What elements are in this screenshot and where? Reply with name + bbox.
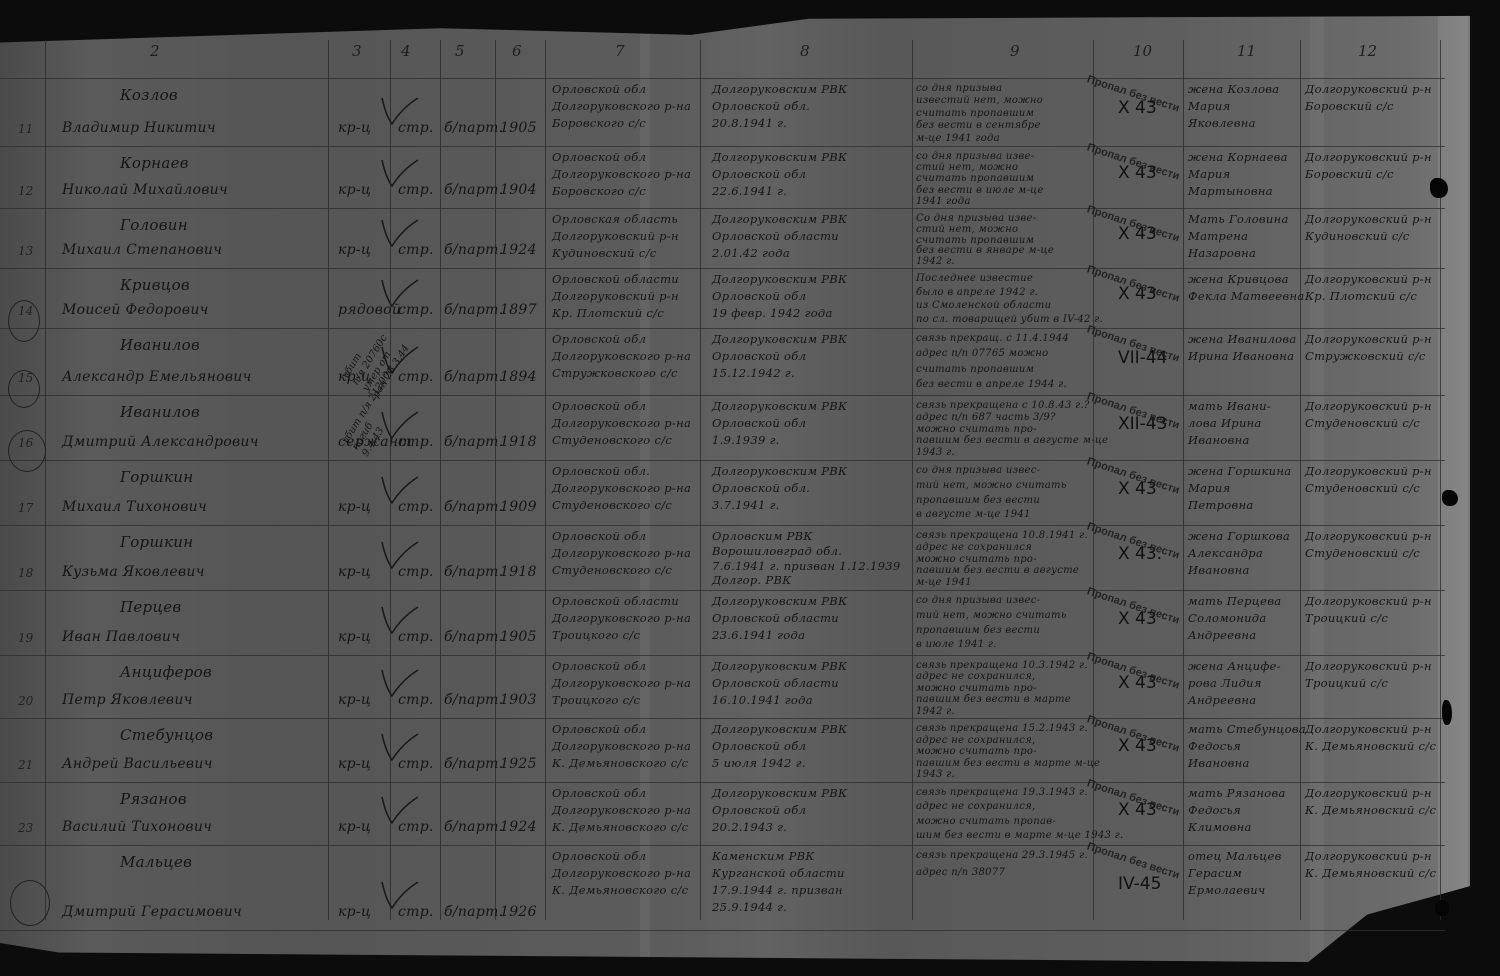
draft-office-line: Долгоруковским РВК bbox=[712, 332, 847, 347]
circumstances-line: считать пропавшим bbox=[916, 363, 1034, 376]
soldier-given-name: Иван Павлович bbox=[62, 629, 180, 645]
party-membership: б/парт. bbox=[444, 499, 503, 515]
birth-year: 1909 bbox=[500, 499, 537, 515]
birthplace-line: Долгоруковский р-н bbox=[552, 289, 679, 304]
draft-office-line: 25.9.1944 г. bbox=[712, 900, 787, 915]
birth-year: 1918 bbox=[500, 564, 537, 580]
birthplace-line: Долгоруковского р-на bbox=[552, 739, 691, 754]
relative-line: мать Рязанова bbox=[1188, 786, 1286, 801]
row-number: 19 bbox=[18, 631, 33, 645]
relative-address-line: Боровский с/с bbox=[1305, 99, 1394, 114]
rank: кр-ц bbox=[338, 499, 371, 515]
column-number: 6 bbox=[512, 42, 522, 60]
soldier-given-name: Моисей Федорович bbox=[62, 302, 209, 318]
soldier-surname: Головин bbox=[120, 216, 188, 234]
soldier-surname: Перцев bbox=[120, 598, 181, 616]
circumstances-line: пропавшим без вести bbox=[916, 624, 1040, 637]
relative-line: Ермолаевич bbox=[1188, 883, 1265, 898]
relative-line: Александра bbox=[1188, 546, 1263, 561]
birthplace-line: Орловской обл. bbox=[552, 464, 650, 479]
circumstances-line: тий нет, можно считать bbox=[916, 609, 1067, 622]
soldier-given-name: Петр Яковлевич bbox=[62, 692, 193, 708]
soldier-given-name: Михаил Тихонович bbox=[62, 499, 207, 515]
checkmark-icon bbox=[380, 156, 406, 182]
row-number: 18 bbox=[18, 566, 33, 580]
relative-address-line: Троицкий с/с bbox=[1305, 676, 1388, 691]
birth-year: 1905 bbox=[500, 120, 537, 136]
relative-line: отец Мальцев bbox=[1188, 849, 1282, 864]
relative-address-line: Долгоруковский р-н bbox=[1305, 529, 1432, 544]
soldier-surname: Корнаев bbox=[120, 154, 189, 172]
draft-office-line: Орловской обл bbox=[712, 739, 806, 754]
party-membership: б/парт. bbox=[444, 242, 503, 258]
circumstances-line: со дня призыва извес- bbox=[916, 464, 1040, 477]
party-membership: б/парт. bbox=[444, 302, 503, 318]
row-rule bbox=[0, 655, 1445, 656]
birthplace-line: Долгоруковского р-на bbox=[552, 611, 691, 626]
relative-address-line: Долгоруковский р-н bbox=[1305, 82, 1432, 97]
circumstances-line: 1942 г. bbox=[916, 705, 955, 718]
relative-address-line: Долгоруковский р-н bbox=[1305, 659, 1432, 674]
draft-office-line: Каменским РВК bbox=[712, 849, 815, 864]
party-membership: б/парт. bbox=[444, 120, 503, 136]
soldier-surname: Стебунцов bbox=[120, 726, 213, 744]
relative-line: Матрена bbox=[1188, 229, 1248, 244]
draft-office-line: Долгоруковским РВК bbox=[712, 212, 847, 227]
birthplace-line: Орловской обл bbox=[552, 529, 646, 544]
draft-office-line: 16.10.1941 года bbox=[712, 693, 813, 708]
soldier-surname: Горшкин bbox=[120, 468, 193, 486]
relative-line: жена Горшкова bbox=[1188, 529, 1290, 544]
checkmark-icon bbox=[380, 276, 406, 302]
column-rule bbox=[440, 40, 441, 920]
checkmark-icon bbox=[380, 538, 406, 564]
circumstances-line: связь прекращена 29.3.1945 г. bbox=[916, 849, 1088, 862]
party-membership: б/парт. bbox=[444, 369, 503, 385]
birthplace-line: Студеновского с/с bbox=[552, 498, 672, 513]
row-number: 12 bbox=[18, 184, 33, 198]
birthplace-line: Орловской обл bbox=[552, 399, 646, 414]
birth-year: 1918 bbox=[500, 434, 537, 450]
rank: кр-ц bbox=[338, 242, 371, 258]
relative-address-line: Долгоруковский р-н bbox=[1305, 212, 1432, 227]
relative-line: жена Кривцова bbox=[1188, 272, 1289, 287]
birthplace-line: Орловской области bbox=[552, 594, 679, 609]
soldier-surname: Горшкин bbox=[120, 533, 193, 551]
circumstances-line: без вести в сентябре bbox=[916, 119, 1041, 132]
soldier-given-name: Кузьма Яковлевич bbox=[62, 564, 205, 580]
party-membership: б/парт. bbox=[444, 564, 503, 580]
relative-line: Назаровна bbox=[1188, 246, 1256, 261]
rank: кр-ц bbox=[338, 692, 371, 708]
birthplace-line: Студеновского с/с bbox=[552, 563, 672, 578]
circumstances-line: адрес не сохранился, bbox=[916, 800, 1036, 813]
soldier-given-name: Николай Михайлович bbox=[62, 182, 228, 198]
relative-line: Петровна bbox=[1188, 498, 1254, 513]
birthplace-line: Орловской обл bbox=[552, 849, 646, 864]
row-rule bbox=[0, 268, 1445, 269]
draft-office-line: Орловским РВК bbox=[712, 529, 813, 544]
rank: кр-ц bbox=[338, 819, 371, 835]
relative-address-line: Троицкий с/с bbox=[1305, 611, 1388, 626]
relative-address-line: Боровский с/с bbox=[1305, 167, 1394, 182]
soldier-given-name: Владимир Никитич bbox=[62, 120, 216, 136]
circumstances-line: со дня призыва bbox=[916, 82, 1002, 95]
column-number: 3 bbox=[352, 42, 362, 60]
relative-line: Ивановна bbox=[1188, 756, 1250, 771]
relative-address-line: Долгоруковский р-н bbox=[1305, 722, 1432, 737]
birthplace-line: Долгоруковский р-н bbox=[552, 229, 679, 244]
relative-address-line: Долгоруковский р-н bbox=[1305, 150, 1432, 165]
draft-office-line: Орловской области bbox=[712, 229, 839, 244]
relative-line: рова Лидия bbox=[1188, 676, 1262, 691]
draft-office-line: Долгоруковским РВК bbox=[712, 272, 847, 287]
paper-hole bbox=[1430, 178, 1448, 198]
circumstances-line: известий нет, можно bbox=[916, 94, 1043, 107]
relative-address-line: К. Демьяновский с/с bbox=[1305, 866, 1436, 881]
draft-office-line: 3.7.1941 г. bbox=[712, 498, 780, 513]
column-number: 7 bbox=[615, 42, 625, 60]
column-number: 12 bbox=[1358, 42, 1377, 60]
relative-line: Федосья bbox=[1188, 739, 1241, 754]
row-rule bbox=[0, 930, 1445, 931]
birthplace-line: Троицкого с/с bbox=[552, 628, 640, 643]
relative-line: Яковлевна bbox=[1188, 116, 1256, 131]
column-number: 5 bbox=[455, 42, 465, 60]
checkmark-icon bbox=[380, 730, 406, 756]
draft-office-line: 15.12.1942 г. bbox=[712, 366, 795, 381]
circumstances-line: из Смоленской области bbox=[916, 299, 1051, 312]
rank: кр-ц bbox=[338, 629, 371, 645]
draft-office-line: Орловской обл. bbox=[712, 481, 810, 496]
soldier-given-name: Михаил Степанович bbox=[62, 242, 222, 258]
checkmark-icon bbox=[380, 216, 406, 242]
birthplace-line: К. Демьяновского с/с bbox=[552, 883, 688, 898]
column-number: 9 bbox=[1010, 42, 1020, 60]
circumstances-line: тий нет, можно считать bbox=[916, 479, 1067, 492]
party-membership: б/парт. bbox=[444, 819, 503, 835]
column-number: 11 bbox=[1237, 42, 1256, 60]
relative-line: Мария bbox=[1188, 99, 1231, 114]
birthplace-line: Студеновского с/с bbox=[552, 433, 672, 448]
circumstances-line: можно считать пропав- bbox=[916, 815, 1056, 828]
party-membership: б/парт. bbox=[444, 692, 503, 708]
birthplace-line: Орловская область bbox=[552, 212, 678, 227]
relative-line: Ивановна bbox=[1188, 433, 1250, 448]
draft-office-line: 20.2.1943 г. bbox=[712, 820, 787, 835]
birthplace-line: Орловской области bbox=[552, 272, 679, 287]
circumstances-line: 1941 года bbox=[916, 195, 971, 208]
soldier-surname: Иванилов bbox=[120, 403, 200, 421]
row-rule bbox=[0, 78, 1445, 79]
row-number: 11 bbox=[18, 122, 33, 136]
checkmark-icon bbox=[380, 878, 406, 904]
checkmark-icon bbox=[380, 94, 406, 120]
row-rule bbox=[0, 208, 1445, 209]
draft-office-line: 23.6.1941 года bbox=[712, 628, 805, 643]
draft-office-line: 22.6.1941 г. bbox=[712, 184, 787, 199]
birthplace-line: Орловской обл bbox=[552, 82, 646, 97]
circumstances-line: адрес п/п 38077 bbox=[916, 866, 1005, 879]
party-membership: б/парт. bbox=[444, 629, 503, 645]
row-rule bbox=[0, 845, 1445, 846]
circumstances-line: Последнее известие bbox=[916, 272, 1033, 285]
circumstances-line: 1943 г. bbox=[916, 768, 955, 781]
relative-line: мать Стебунцова bbox=[1188, 722, 1306, 737]
soldier-given-name: Александр Емельянович bbox=[62, 369, 252, 385]
draft-office-line: Орловской обл bbox=[712, 289, 806, 304]
draft-office-line: Орловской обл. bbox=[712, 99, 810, 114]
circumstances-line: в августе м-це 1941 bbox=[916, 508, 1031, 521]
soldier-surname: Козлов bbox=[120, 86, 178, 104]
relative-address-line: Долгоруковский р-н bbox=[1305, 786, 1432, 801]
soldier-surname: Анциферов bbox=[120, 663, 212, 681]
relative-line: Герасим bbox=[1188, 866, 1242, 881]
relative-line: Соломонида bbox=[1188, 611, 1267, 626]
row-rule bbox=[0, 590, 1445, 591]
birthplace-line: Долгоруковского р-на bbox=[552, 546, 691, 561]
checkmark-icon bbox=[380, 793, 406, 819]
column-rule bbox=[45, 40, 46, 920]
relative-address-line: Студеновский с/с bbox=[1305, 416, 1420, 431]
circled-row-marker bbox=[8, 430, 46, 472]
circumstances-line: пропавшим без вести bbox=[916, 494, 1040, 507]
rank: кр-ц bbox=[338, 182, 371, 198]
circumstances-line: адрес п/п 07765 можно bbox=[916, 347, 1048, 360]
birthplace-line: Долгоруковского р-на bbox=[552, 416, 691, 431]
birthplace-line: Долгоруковского р-на bbox=[552, 866, 691, 881]
birthplace-line: Долгоруковского р-на bbox=[552, 349, 691, 364]
column-rule bbox=[1300, 40, 1301, 920]
relative-address-line: Долгоруковский р-н bbox=[1305, 849, 1432, 864]
column-rule bbox=[1183, 40, 1184, 920]
soldier-surname: Иванилов bbox=[120, 336, 200, 354]
relative-line: мать Ивани- bbox=[1188, 399, 1271, 414]
draft-office-line: Орловской обл bbox=[712, 416, 806, 431]
draft-office-line: Долгоруковским РВК bbox=[712, 659, 847, 674]
birthplace-line: Боровского с/с bbox=[552, 184, 646, 199]
column-number: 8 bbox=[800, 42, 810, 60]
rank: кр-ц bbox=[338, 564, 371, 580]
birthplace-line: Орловской обл bbox=[552, 722, 646, 737]
circumstances-line: шим без вести в марте м-це 1943 г. bbox=[916, 829, 1124, 842]
birthplace-line: Долгоруковского р-на bbox=[552, 167, 691, 182]
row-rule bbox=[0, 146, 1445, 147]
relative-address-line: Кр. Плотский с/с bbox=[1305, 289, 1417, 304]
status-code: IV-45 bbox=[1118, 874, 1161, 894]
draft-office-line: Долгор. РВК bbox=[712, 573, 791, 588]
relative-address-line: Долгоруковский р-н bbox=[1305, 399, 1432, 414]
draft-office-line: Долгоруковским РВК bbox=[712, 464, 847, 479]
rank: кр-ц bbox=[338, 756, 371, 772]
draft-office-line: Долгоруковским РВК bbox=[712, 786, 847, 801]
draft-office-line: 20.8.1941 г. bbox=[712, 116, 787, 131]
birth-year: 1925 bbox=[500, 756, 537, 772]
relative-address-line: Долгоруковский р-н bbox=[1305, 464, 1432, 479]
relative-line: мать Перцева bbox=[1188, 594, 1281, 609]
relative-line: жена Анцифе- bbox=[1188, 659, 1281, 674]
relative-address-line: Студеновский с/с bbox=[1305, 546, 1420, 561]
row-number: 23 bbox=[18, 821, 33, 835]
relative-line: жена Горшкина bbox=[1188, 464, 1291, 479]
paper-hole bbox=[1435, 900, 1449, 916]
circumstances-line: 1942 г. bbox=[916, 255, 955, 268]
draft-office-line: Долгоруковским РВК bbox=[712, 399, 847, 414]
row-number: 21 bbox=[18, 758, 33, 772]
soldier-given-name: Андрей Васильевич bbox=[62, 756, 213, 772]
party-membership: б/парт. bbox=[444, 434, 503, 450]
draft-office-line: Долгоруковским РВК bbox=[712, 150, 847, 165]
birth-year: 1924 bbox=[500, 242, 537, 258]
draft-office-line: Долгоруковским РВК bbox=[712, 82, 847, 97]
relative-line: Федосья bbox=[1188, 803, 1241, 818]
relative-line: Мать Головина bbox=[1188, 212, 1289, 227]
birthplace-line: Орловской обл bbox=[552, 659, 646, 674]
draft-office-line: Курганской области bbox=[712, 866, 845, 881]
circumstances-line: 1943 г. bbox=[916, 446, 955, 459]
birthplace-line: Кр. Плотский с/с bbox=[552, 306, 664, 321]
circumstances-line: было в апреле 1942 г. bbox=[916, 286, 1038, 299]
row-number: 20 bbox=[18, 694, 33, 708]
birth-year: 1905 bbox=[500, 629, 537, 645]
relative-address-line: Кудиновский с/с bbox=[1305, 229, 1410, 244]
relative-line: Мария bbox=[1188, 481, 1231, 496]
relative-line: Мартыновна bbox=[1188, 184, 1273, 199]
row-rule bbox=[0, 328, 1445, 329]
birthplace-line: Долгоруковского р-на bbox=[552, 99, 691, 114]
column-rule bbox=[1440, 40, 1441, 920]
circled-row-marker bbox=[10, 880, 50, 926]
draft-office-line: Долгоруковским РВК bbox=[712, 594, 847, 609]
relative-line: Ивановна bbox=[1188, 563, 1250, 578]
draft-office-line: Орловской обл bbox=[712, 349, 806, 364]
circumstances-line: м-це 1941 bbox=[916, 576, 972, 589]
relative-address-line: Студеновский с/с bbox=[1305, 481, 1420, 496]
draft-office-line: 7.6.1941 г. призван 1.12.1939 bbox=[712, 559, 900, 574]
draft-office-line: Долгоруковским РВК bbox=[712, 722, 847, 737]
soldier-given-name: Василий Тихонович bbox=[62, 819, 212, 835]
relative-address-line: К. Демьяновский с/с bbox=[1305, 803, 1436, 818]
soldier-surname: Мальцев bbox=[120, 853, 192, 871]
row-rule bbox=[0, 782, 1445, 783]
birthplace-line: Орловской обл bbox=[552, 332, 646, 347]
circumstances-line: без вести в апреле 1944 г. bbox=[916, 378, 1067, 391]
draft-office-line: 5 июля 1942 г. bbox=[712, 756, 806, 771]
birth-year: 1903 bbox=[500, 692, 537, 708]
relative-address-line: Стружковский с/с bbox=[1305, 349, 1426, 364]
paper-hole bbox=[1442, 700, 1452, 725]
relative-address-line: Долгоруковский р-н bbox=[1305, 272, 1432, 287]
rank: кр-ц bbox=[338, 120, 371, 136]
row-number: 13 bbox=[18, 244, 33, 258]
draft-office-line: Орловской области bbox=[712, 676, 839, 691]
draft-office-line: 1.9.1939 г. bbox=[712, 433, 780, 448]
relative-line: Андреевна bbox=[1188, 693, 1256, 708]
party-membership: б/парт. bbox=[444, 756, 503, 772]
row-rule bbox=[0, 718, 1445, 719]
column-rule bbox=[495, 40, 496, 920]
soldier-given-name: Дмитрий Александрович bbox=[62, 434, 259, 450]
soldier-given-name: Дмитрий Герасимович bbox=[62, 904, 242, 920]
checkmark-icon bbox=[380, 666, 406, 692]
birth-year: 1924 bbox=[500, 819, 537, 835]
row-rule bbox=[0, 525, 1445, 526]
birth-year: 1904 bbox=[500, 182, 537, 198]
draft-office-line: Орловской обл bbox=[712, 803, 806, 818]
column-rule bbox=[328, 40, 329, 920]
circumstances-line: связь прекращ. с 11.4.1944 bbox=[916, 332, 1069, 345]
birth-year: 1897 bbox=[500, 302, 537, 318]
birthplace-line: Орловской обл bbox=[552, 150, 646, 165]
circumstances-line: со дня призыва извес- bbox=[916, 594, 1040, 607]
birthplace-line: Боровского с/с bbox=[552, 116, 646, 131]
relative-address-line: К. Демьяновский с/с bbox=[1305, 739, 1436, 754]
column-number: 4 bbox=[401, 42, 411, 60]
relative-line: Ирина Ивановна bbox=[1188, 349, 1294, 364]
column-rule bbox=[700, 40, 701, 920]
birthplace-line: К. Демьяновского с/с bbox=[552, 756, 688, 771]
circumstances-line: м-це 1941 года bbox=[916, 132, 1000, 145]
circled-row-marker bbox=[8, 300, 40, 342]
birthplace-line: Кудиновский с/с bbox=[552, 246, 657, 261]
relative-line: Фекла Матвеевна bbox=[1188, 289, 1305, 304]
birthplace-line: Долгоруковского р-на bbox=[552, 803, 691, 818]
birthplace-line: Орловской обл bbox=[552, 786, 646, 801]
relative-line: Климовна bbox=[1188, 820, 1252, 835]
relative-line: жена Иванилова bbox=[1188, 332, 1297, 347]
birth-year: 1926 bbox=[500, 904, 537, 920]
relative-line: Андреевна bbox=[1188, 628, 1256, 643]
relative-line: лова Ирина bbox=[1188, 416, 1262, 431]
paper-hole bbox=[1442, 490, 1458, 506]
birthplace-line: Стружковского с/с bbox=[552, 366, 678, 381]
column-number: 10 bbox=[1133, 42, 1152, 60]
circumstances-line: в июле 1941 г. bbox=[916, 638, 997, 651]
relative-line: жена Козлова bbox=[1188, 82, 1279, 97]
row-number: 17 bbox=[18, 501, 33, 515]
rank: кр-ц bbox=[338, 904, 371, 920]
circled-row-marker bbox=[8, 370, 40, 408]
relative-line: жена Корнаева bbox=[1188, 150, 1288, 165]
relative-address-line: Долгоруковский р-н bbox=[1305, 594, 1432, 609]
column-rule bbox=[545, 40, 546, 920]
birthplace-line: Троицкого с/с bbox=[552, 693, 640, 708]
circumstances-line: связь прекращена 19.3.1943 г. bbox=[916, 786, 1088, 799]
draft-office-line: Орловской обл bbox=[712, 167, 806, 182]
party-membership: б/парт. bbox=[444, 182, 503, 198]
draft-office-line: Ворошиловград обл. bbox=[712, 544, 842, 559]
column-rule bbox=[912, 40, 913, 920]
birthplace-line: Долгоруковского р-на bbox=[552, 676, 691, 691]
relative-line: Мария bbox=[1188, 167, 1231, 182]
birth-year: 1894 bbox=[500, 369, 537, 385]
row-rule bbox=[0, 460, 1445, 461]
draft-office-line: 19 февр. 1942 года bbox=[712, 306, 833, 321]
circumstances-line: по сл. товарищей убит в IV-42 г. bbox=[916, 313, 1103, 326]
draft-office-line: Орловской области bbox=[712, 611, 839, 626]
draft-office-line: 2.01.42 года bbox=[712, 246, 790, 261]
party-membership: б/парт. bbox=[444, 904, 503, 920]
row-rule bbox=[0, 395, 1445, 396]
birthplace-line: Долгоруковского р-на bbox=[552, 481, 691, 496]
draft-office-line: 17.9.1944 г. призван bbox=[712, 883, 843, 898]
paper-edge bbox=[1438, 14, 1468, 962]
soldier-surname: Рязанов bbox=[120, 790, 187, 808]
relative-address-line: Долгоруковский р-н bbox=[1305, 332, 1432, 347]
circumstances-line: считать пропавшим bbox=[916, 107, 1034, 120]
column-number: 2 bbox=[150, 42, 160, 60]
birthplace-line: К. Демьяновского с/с bbox=[552, 820, 688, 835]
